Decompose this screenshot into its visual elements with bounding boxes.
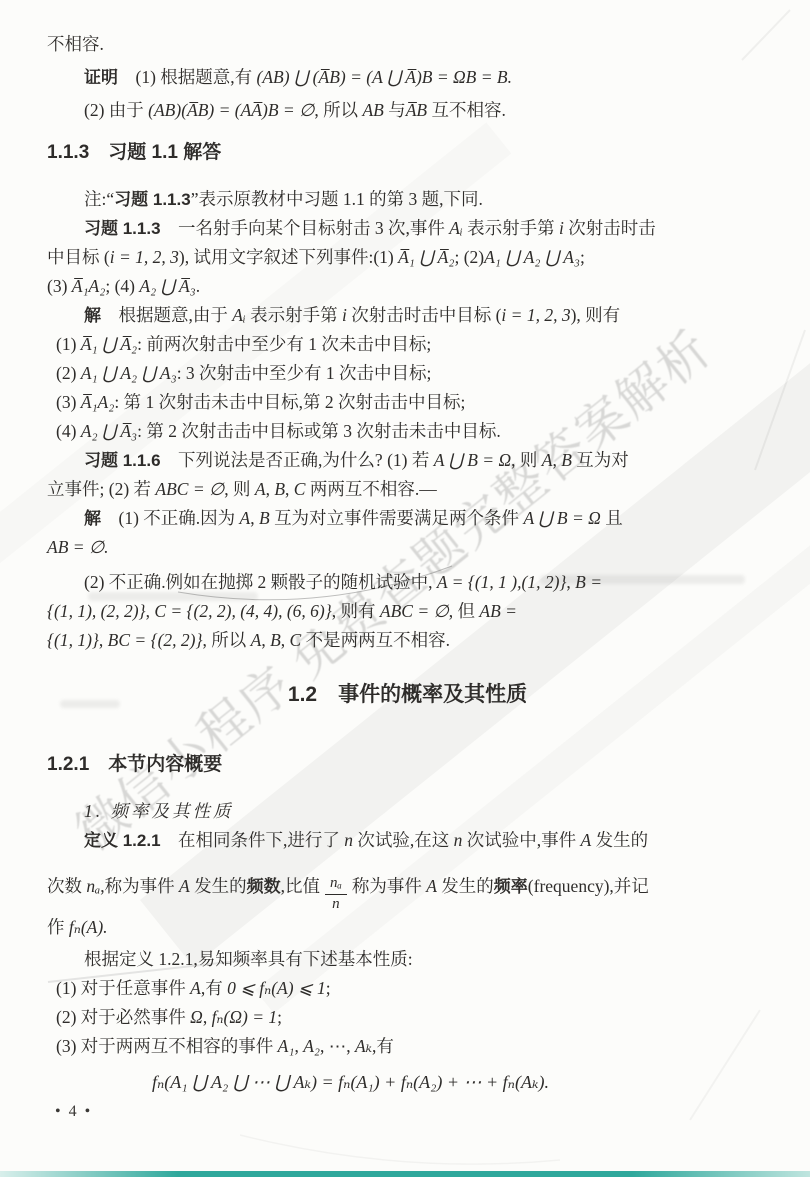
- math-text: A̅₁A₂: [72, 276, 106, 296]
- body-text: (1) 不正确.因为: [101, 508, 240, 528]
- body-text: (4): [56, 421, 81, 441]
- body-text: 发生的: [591, 830, 648, 850]
- body-text: : 第 2 次射击击中目标或第 3 次射击未击中目标.: [137, 421, 501, 441]
- body-text: 下列说法是否正确,为什么? (1) 若: [161, 450, 434, 470]
- solution-116-line-4: {(1, 1), (2, 2)}, C = {(2, 2), (4, 4), (…: [47, 597, 768, 626]
- body-text: , 所以: [314, 100, 362, 120]
- body-text: ), 试用文字叙述下列事件:(1): [179, 247, 398, 267]
- math-text: ABC = ∅: [380, 601, 449, 621]
- body-text: 次射击时击: [564, 218, 656, 238]
- math-text: C: [290, 630, 302, 650]
- bold-label: 频数: [247, 877, 281, 896]
- property-2: (2) 对于必然事件 Ω, fₙ(Ω) = 1;: [47, 1003, 768, 1032]
- math-text: A₂: [303, 1036, 320, 1056]
- body-text: (1) 对于任意事件: [56, 978, 190, 998]
- body-text: ), 则有: [571, 305, 621, 325]
- math-text: B: [561, 450, 572, 470]
- math-text: B =: [575, 572, 602, 592]
- math-text: Aᵢ: [449, 218, 462, 238]
- definition-121-line-1: 定义 1.2.1 在相同条件下,进行了 n 次试验,在这 n 次试验中,事件 A…: [47, 826, 768, 855]
- body-text: 互为对: [572, 450, 629, 470]
- body-text: 不相容.: [47, 34, 104, 54]
- body-text: , 但: [449, 601, 480, 621]
- body-text: 称为事件: [352, 876, 426, 896]
- definition-121-line-3: 作 fₙ(A).: [47, 913, 768, 942]
- body-text: 1. 频率及其性质: [84, 801, 234, 821]
- math-text: A̅₁ ⋃ A̅₂: [398, 247, 454, 267]
- body-text: 且: [601, 508, 623, 528]
- math-text: A₁: [278, 1036, 295, 1056]
- solution-116-line-5: {(1, 1)}, BC = {(2, 2)}, 所以 A, B, C 不是两两…: [47, 626, 768, 655]
- page-number: • 4 •: [8, 1101, 810, 1123]
- bold-label: 证明: [84, 68, 118, 87]
- body-text: : 3 次射击中至少有 1 次击中目标;: [177, 363, 432, 383]
- math-text: Aₖ: [355, 1036, 372, 1056]
- math-text: B: [270, 630, 281, 650]
- body-text: (2): [56, 363, 81, 383]
- math-text: 0 ⩽ fₙ(A) ⩽ 1: [227, 978, 326, 998]
- math-text: (AB) ⋃ (A̅B) = (A ⋃ A̅)B = ΩB = B.: [257, 67, 512, 87]
- body-text: ; (4): [105, 276, 139, 296]
- body-text: (1): [56, 334, 81, 354]
- body-text: (3) 对于两两互不相容的事件: [56, 1036, 278, 1056]
- body-text: ;: [326, 978, 331, 998]
- body-text: 与: [384, 100, 406, 120]
- math-text: A̅B: [406, 100, 427, 120]
- bold-label: 定义 1.2.1: [84, 831, 161, 850]
- body-text: 两两互不相容.: [305, 479, 419, 499]
- solution-116-line-2: AB = ∅.: [47, 533, 768, 562]
- body-text: 作: [47, 917, 69, 937]
- body-text: ; (2): [454, 247, 484, 267]
- additivity-formula: fₙ(A₁ ⋃ A₂ ⋃ ⋯ ⋃ Aₖ) = fₙ(A₁) + fₙ(A₂) +…: [152, 1068, 768, 1097]
- bold-label: 频率: [494, 877, 528, 896]
- math-text: {(1, 1)}: [47, 630, 99, 650]
- body-text: (2) 由于: [84, 100, 148, 120]
- body-text: ,有: [372, 1036, 394, 1056]
- body-text: 发生的: [190, 876, 247, 896]
- body-text: (3): [56, 392, 81, 412]
- solution-116-line-3: (2) 不正确.例如在抛掷 2 颗骰子的随机试验中, A = {(1, 1 ),…: [47, 568, 768, 597]
- math-text: A: [426, 876, 437, 896]
- bold-label: 解: [84, 509, 101, 528]
- fraction-nA-over-n: nₐn: [325, 874, 347, 914]
- body-text: 次试验,在这: [353, 830, 454, 850]
- math-text: {(1, 1), (2, 2)}: [47, 601, 146, 621]
- math-text: A: [251, 630, 262, 650]
- math-text: ABC = ∅: [155, 479, 224, 499]
- math-text: BC = {(2, 2)}: [108, 630, 203, 650]
- body-text: (2) 不正确.例如在抛掷 2 颗骰子的随机试验中,: [84, 572, 437, 592]
- exercise-113-line-1: 习题 1.1.3 一名射手向某个目标射击 3 次,事件 Aᵢ 表示射手第 i 次…: [47, 214, 768, 243]
- body-text: (2) 对于必然事件: [56, 1007, 190, 1027]
- body-text: ,称为事件: [100, 876, 179, 896]
- exercise-113-line-2: 中目标 (i = 1, 2, 3), 试用文字叙述下列事件:(1) A̅₁ ⋃ …: [47, 243, 768, 272]
- math-text: Ω: [190, 1007, 203, 1027]
- definition-121-line-2: 次数 nₐ,称为事件 A 发生的频数,比值nₐn称为事件 A 发生的频率(fre…: [47, 859, 768, 913]
- solution-113-item-2: (2) A₁ ⋃ A₂ ⋃ A₃: 3 次射击中至少有 1 次击中目标;: [47, 359, 768, 388]
- solution-113-item-4: (4) A₂ ⋃ A̅₃: 第 2 次射击击中目标或第 3 次射击未击中目标.: [47, 417, 768, 446]
- section-heading-1-1-3: 1.1.3 习题 1.1 解答: [47, 138, 768, 167]
- bold-label: 习题 1.1.3: [84, 219, 161, 238]
- body-text: 根据题意,由于: [101, 305, 232, 325]
- page-content: 不相容.证明 (1) 根据题意,有 (AB) ⋃ (A̅B) = (A ⋃ A̅…: [0, 0, 810, 1097]
- body-text: 互为对立事件需要满足两个条件: [270, 508, 524, 528]
- section-title-1-2: 1.2 事件的概率及其性质: [47, 679, 768, 710]
- property-3: (3) 对于两两互不相容的事件 A₁, A₂, ⋯, Aₖ,有: [47, 1032, 768, 1061]
- body-text: ,: [99, 630, 108, 650]
- body-text: ”表示原教材中习题 1.1 的第 3 题,下同.: [191, 189, 483, 209]
- body-text: ,: [294, 1036, 303, 1056]
- bold-label: 习题 1.1.6: [84, 451, 161, 470]
- math-text: i = 1, 2, 3: [110, 247, 179, 267]
- solution-113-item-1: (1) A̅₁ ⋃ A̅₂: 前两次射击中至少有 1 次未击中目标;: [47, 330, 768, 359]
- math-text: A: [542, 450, 553, 470]
- textbook-page: 微信小程序 免费查题完整答案解析 不相容.证明 (1) 根据题意,有 (AB) …: [0, 0, 810, 1177]
- math-text: C = {(2, 2), (4, 4), (6, 6)}: [154, 601, 331, 621]
- bold-label: 1.2 事件的概率及其性质: [288, 683, 527, 706]
- body-text: ,: [146, 601, 155, 621]
- body-text: 表示射手第: [463, 218, 559, 238]
- math-text: C: [294, 479, 306, 499]
- math-text: AB = ∅.: [47, 537, 109, 557]
- body-text: 发生的: [437, 876, 494, 896]
- math-text: AB: [362, 100, 383, 120]
- math-text: nₐ: [86, 876, 100, 896]
- bottom-accent-bar: [0, 1171, 810, 1177]
- body-text: 次试验中,事件: [462, 830, 580, 850]
- exercise-116-line-2: 立事件; (2) 若 ABC = ∅, 则 A, B, C 两两互不相容.—: [47, 475, 768, 504]
- body-text: (3): [47, 276, 72, 296]
- body-text: ,: [261, 630, 270, 650]
- body-text: 注:“: [84, 189, 114, 209]
- body-text: 在相同条件下,进行了: [161, 830, 345, 850]
- line-overflow-text: 不相容.: [47, 30, 768, 59]
- body-text: ,: [566, 572, 575, 592]
- section-heading-1-2-1: 1.2.1 本节内容概要: [47, 750, 768, 779]
- exercise-116-line-1: 习题 1.1.6 下列说法是否正确,为什么? (1) 若 A ⋃ B = Ω, …: [47, 446, 768, 475]
- math-text: A: [255, 479, 266, 499]
- body-text: 不是两两互不相容.: [301, 630, 450, 650]
- bold-label: 解: [84, 306, 101, 325]
- math-text: AB =: [479, 601, 517, 621]
- body-text: , 则有: [332, 601, 380, 621]
- body-text: ,: [203, 1007, 212, 1027]
- body-text: 表示射手第: [246, 305, 342, 325]
- math-text: n: [344, 830, 353, 850]
- math-text: A₁ ⋃ A₂ ⋃ A₃: [81, 363, 177, 383]
- bold-label: 1.2.1 本节内容概要: [47, 754, 222, 775]
- body-text: 中目标 (: [47, 247, 110, 267]
- body-text: .: [196, 276, 200, 296]
- math-text: fₙ(Ω) = 1: [212, 1007, 278, 1027]
- body-text: ;: [277, 1007, 282, 1027]
- body-text: ,: [250, 508, 259, 528]
- math-text: B: [274, 479, 285, 499]
- body-text: 次射击时击中目标 (: [347, 305, 502, 325]
- body-text: 一名射手向某个目标射击 3 次,事件: [161, 218, 450, 238]
- math-text: B: [259, 508, 270, 528]
- math-text: Aᵢ: [232, 305, 245, 325]
- property-1: (1) 对于任意事件 A,有 0 ⩽ fₙ(A) ⩽ 1;: [47, 974, 768, 1003]
- math-text: i = 1, 2, 3: [501, 305, 570, 325]
- math-text: A: [179, 876, 190, 896]
- body-text: 互不相容.: [427, 100, 506, 120]
- body-text: , 所以: [202, 630, 250, 650]
- body-text: : 第 1 次射击未击中目标,第 2 次射击击中目标;: [114, 392, 465, 412]
- body-text: ,有: [201, 978, 227, 998]
- solution-113-intro: 解 根据题意,由于 Aᵢ 表示射手第 i 次射击时击中目标 (i = 1, 2,…: [47, 301, 768, 330]
- bold-label: 习题 1.1.3: [114, 190, 191, 209]
- body-text: ,: [281, 630, 290, 650]
- body-text: : 前两次射击中至少有 1 次未击中目标;: [137, 334, 431, 354]
- math-text: A: [240, 508, 251, 528]
- math-text: A₁ ⋃ A₂ ⋃ A₃: [484, 247, 580, 267]
- body-text: 立事件; (2) 若: [47, 479, 155, 499]
- body-text: ,: [552, 450, 561, 470]
- math-text: A: [190, 978, 201, 998]
- body-text: ,比值: [281, 876, 320, 896]
- body-text: (frequency),并记: [528, 876, 649, 896]
- body-text: , 则: [511, 450, 542, 470]
- math-text: A ⋃ B = Ω: [523, 508, 600, 528]
- solution-113-item-3: (3) A̅₁A₂: 第 1 次射击未击中目标,第 2 次射击击中目标;: [47, 388, 768, 417]
- math-text: (AB)(A̅B) = (AA̅)B = ∅: [148, 100, 314, 120]
- math-text: fₙ(A₁ ⋃ A₂ ⋃ ⋯ ⋃ Aₖ) = fₙ(A₁) + fₙ(A₂) +…: [152, 1072, 549, 1092]
- subtopic-1-frequency: 1. 频率及其性质: [47, 797, 768, 826]
- body-text: , ⋯,: [320, 1036, 355, 1056]
- proof-line-2: (2) 由于 (AB)(A̅B) = (AA̅)B = ∅, 所以 AB 与A̅…: [47, 96, 768, 125]
- body-text: , 则: [224, 479, 255, 499]
- math-text: A₂ ⋃ A̅₃: [139, 276, 195, 296]
- proof-line-1: 证明 (1) 根据题意,有 (AB) ⋃ (A̅B) = (A ⋃ A̅)B =…: [47, 63, 768, 92]
- body-text: ,: [285, 479, 294, 499]
- body-text: (1) 根据题意,有: [118, 67, 257, 87]
- body-text: 次数: [47, 876, 86, 896]
- math-text: A₂ ⋃ A̅₃: [81, 421, 137, 441]
- body-text: —: [419, 479, 437, 499]
- body-text: ;: [580, 247, 585, 267]
- math-text: fₙ(A).: [69, 917, 108, 937]
- math-text: A: [581, 830, 592, 850]
- math-text: A̅₁A₂: [81, 392, 115, 412]
- properties-intro: 根据定义 1.2.1,易知频率具有下述基本性质:: [47, 945, 768, 974]
- math-text: A = {(1, 1 ),(1, 2)}: [437, 572, 567, 592]
- bold-label: 1.1.3 习题 1.1 解答: [47, 142, 221, 163]
- body-text: 根据定义 1.2.1,易知频率具有下述基本性质:: [84, 949, 413, 969]
- math-text: A̅₁ ⋃ A̅₂: [81, 334, 137, 354]
- exercise-113-line-3: (3) A̅₁A₂; (4) A₂ ⋃ A̅₃.: [47, 272, 768, 301]
- note-line: 注:“习题 1.1.3”表示原教材中习题 1.1 的第 3 题,下同.: [47, 185, 768, 214]
- math-text: A ⋃ B = Ω: [434, 450, 511, 470]
- solution-116-line-1: 解 (1) 不正确.因为 A, B 互为对立事件需要满足两个条件 A ⋃ B =…: [47, 504, 768, 533]
